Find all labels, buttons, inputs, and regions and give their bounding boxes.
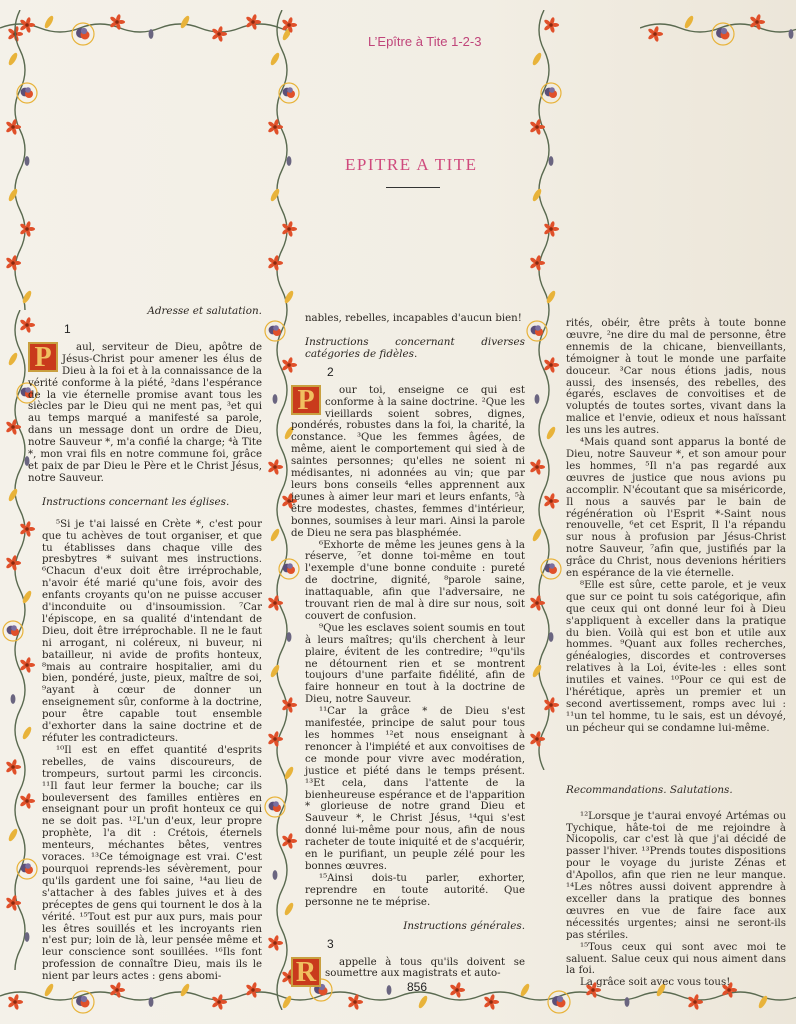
chapter-number: 2 <box>327 367 334 379</box>
verse-text: appelle à tous qu'ils doivent se soumett… <box>325 957 525 980</box>
verse-paragraph: La grâce soit avec vous tous! <box>566 977 786 989</box>
chapter-opening: R3appelle à tous qu'ils doivent se soume… <box>291 943 525 981</box>
section-heading: Recommandations. Salutations. <box>566 785 786 797</box>
illuminated-letter-icon: P <box>28 342 58 372</box>
illuminated-letter-icon: P <box>291 385 321 415</box>
verse-paragraph: rités, obéir, être prêts à toute bonne œ… <box>566 318 786 437</box>
section-heading: Instructions concernant les églises. <box>42 497 262 509</box>
section-heading: Adresse et salutation. <box>42 306 262 318</box>
verse-text: our toi, enseigne ce qui est conforme à … <box>291 385 525 539</box>
verse-paragraph: ¹²Lorsque je t'aurai envoyé Artémas ou T… <box>566 811 786 942</box>
illuminated-letter-icon: R <box>291 957 321 987</box>
verse-paragraph: ⁹Que les esclaves soient soumis en tout … <box>305 623 525 706</box>
verse-paragraph: nables, rebelles, incapables d'aucun bie… <box>305 313 525 325</box>
section-heading: Instructions concernant diverses catégor… <box>305 337 525 361</box>
title-divider <box>386 187 440 188</box>
chapter-number: 1 <box>64 324 71 336</box>
page-number: 856 <box>407 980 427 994</box>
chapter-number: 3 <box>327 939 334 951</box>
floral-border-top-right-icon <box>640 8 796 48</box>
page-title: EPITRE A TITE <box>345 155 478 175</box>
verse-paragraph: ¹¹Car la grâce * de Dieu s'est manifesté… <box>305 706 525 873</box>
text-column-1: Adresse et salutation.P1aul, serviteur d… <box>42 306 262 983</box>
bible-page: L’Epître à Tite 1-2-3 EPITRE A TITE Adre… <box>0 0 796 1024</box>
text-column-2: nables, rebelles, incapables d'aucun bie… <box>305 313 525 987</box>
chapter-opening: P2our toi, enseigne ce qui est conforme … <box>291 371 525 540</box>
verse-paragraph: ¹⁵Tous ceux qui sont avec moi te saluent… <box>566 942 786 978</box>
verse-paragraph: ⁴Mais quand sont apparus la bonté de Die… <box>566 437 786 580</box>
verse-paragraph: ⁸Elle est sûre, cette parole, et je veux… <box>566 580 786 735</box>
verse-text: aul, serviteur de Dieu, apôtre de Jésus-… <box>28 342 262 484</box>
floral-border-column-divider-icon <box>524 10 564 770</box>
floral-border-left-icon <box>0 10 40 310</box>
text-column-3: rités, obéir, être prêts à toute bonne œ… <box>566 318 786 989</box>
verse-paragraph: ⁶Exhorte de même les jeunes gens à la ré… <box>305 540 525 623</box>
floral-border-top-icon <box>0 8 290 48</box>
verse-paragraph: ⁵Si je t'ai laissé en Crète *, c'est pou… <box>42 519 262 745</box>
section-heading: Instructions générales. <box>305 921 525 933</box>
verse-paragraph: ¹⁵Ainsi dois-tu parler, exhorter, repren… <box>305 873 525 909</box>
running-head: L’Epître à Tite 1-2-3 <box>368 34 481 49</box>
chapter-opening: P1aul, serviteur de Dieu, apôtre de Jésu… <box>28 328 262 485</box>
verse-paragraph: ¹⁰Il est en effet quantité d'esprits reb… <box>42 745 262 983</box>
